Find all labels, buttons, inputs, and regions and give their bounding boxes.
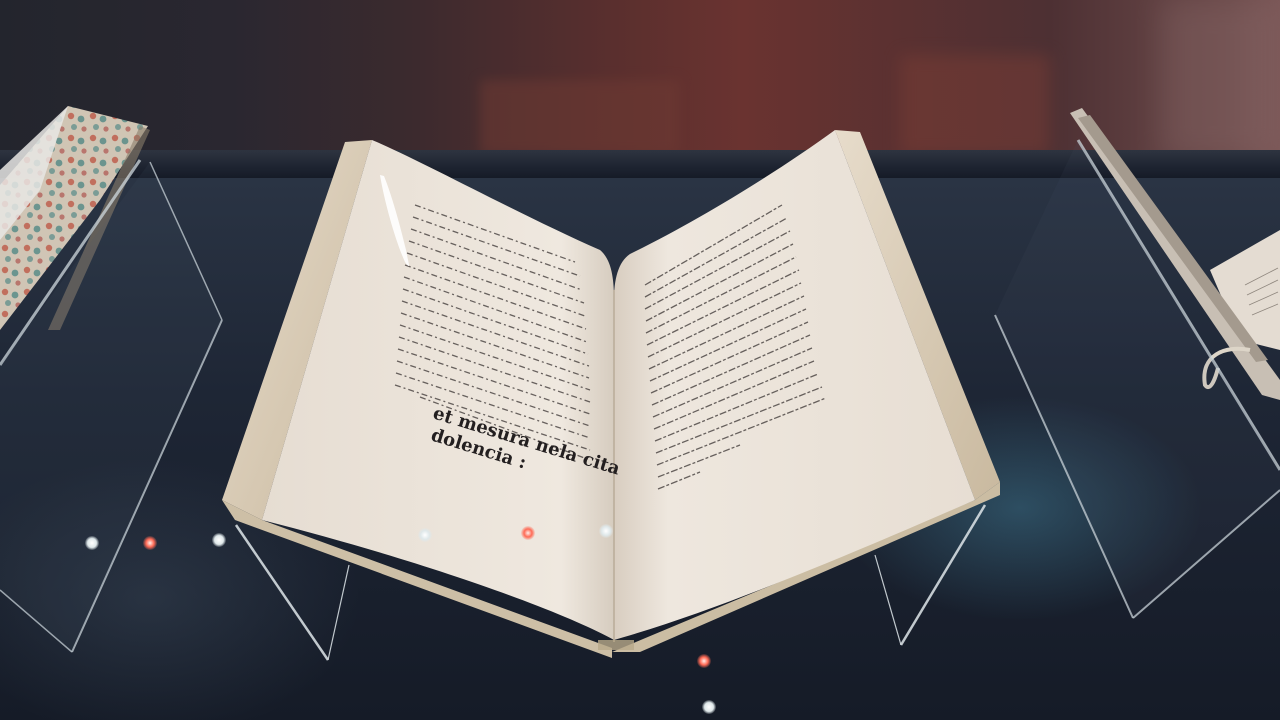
reflected-light [418,528,432,542]
reflected-light [85,536,99,550]
reflected-light [702,700,716,714]
display-case-scene: et mesura nela cita dolencia : [0,0,1280,720]
center-acrylic-stand-left [236,525,349,660]
reflected-light [212,533,226,547]
reflected-light [697,654,711,668]
left-page [262,140,614,640]
reflected-light [521,526,535,540]
reflected-light [599,524,613,538]
reflected-light [143,536,157,550]
open-manuscript: et mesura nela cita dolencia : [222,130,1000,658]
artifacts-layer: et mesura nela cita dolencia : [0,0,1280,720]
